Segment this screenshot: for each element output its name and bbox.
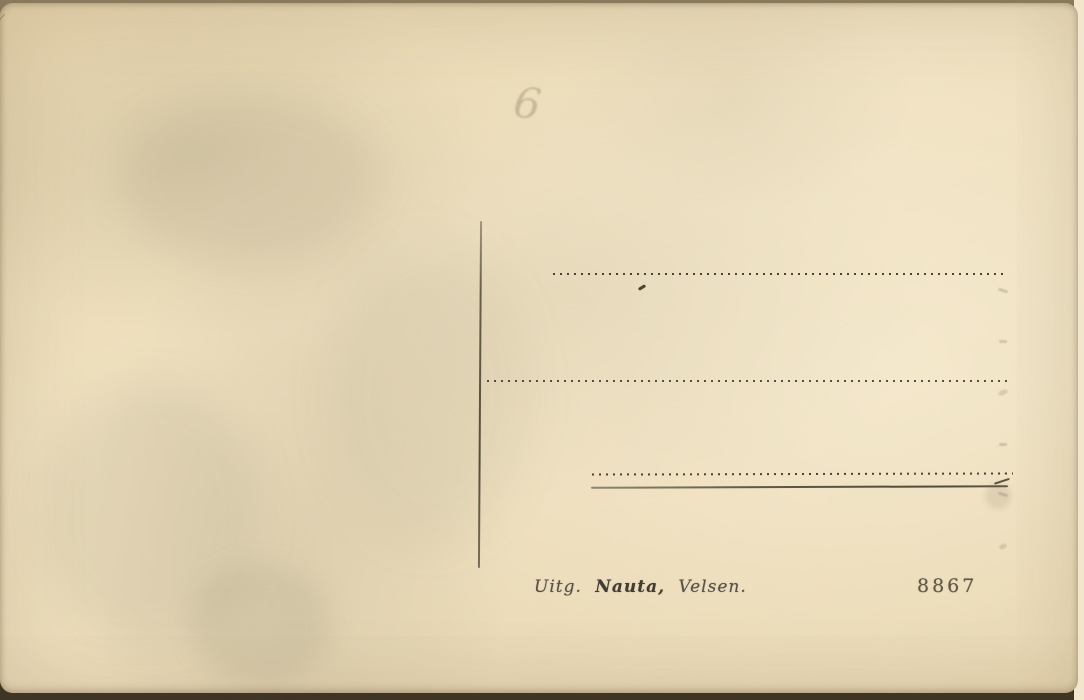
faint-vertical-imprint [996,289,1010,549]
scan-area: 6 Uitg. Nauta, Velsen. 8867 [0,0,1084,700]
paper-stain [190,563,330,683]
address-line [487,379,1012,382]
imprint-mark [997,388,1008,396]
imprint-mark [998,288,1008,294]
imprint-mark [998,492,1008,498]
corner-scuff-mark [0,6,35,73]
imprint-mark [998,543,1007,551]
pencil-mark: 6 [511,77,544,129]
paper-stain [330,243,530,543]
publisher-city: Velsen. [678,577,746,597]
ink-speck [638,284,646,291]
address-line [592,471,1013,475]
address-line-underline [591,485,1008,488]
publisher-imprint: Uitg. Nauta, Velsen. [534,577,747,597]
imprint-mark [999,340,1007,343]
address-line [553,272,1008,275]
publisher-prefix: Uitg. [534,577,582,597]
postcard-back: 6 Uitg. Nauta, Velsen. 8867 [0,3,1078,693]
serial-number: 8867 [917,575,977,597]
divider-line [478,221,482,568]
paper-stain [120,93,380,263]
publisher-name: Nauta, [595,577,665,597]
imprint-mark [999,443,1007,446]
paper-stain [40,383,260,643]
